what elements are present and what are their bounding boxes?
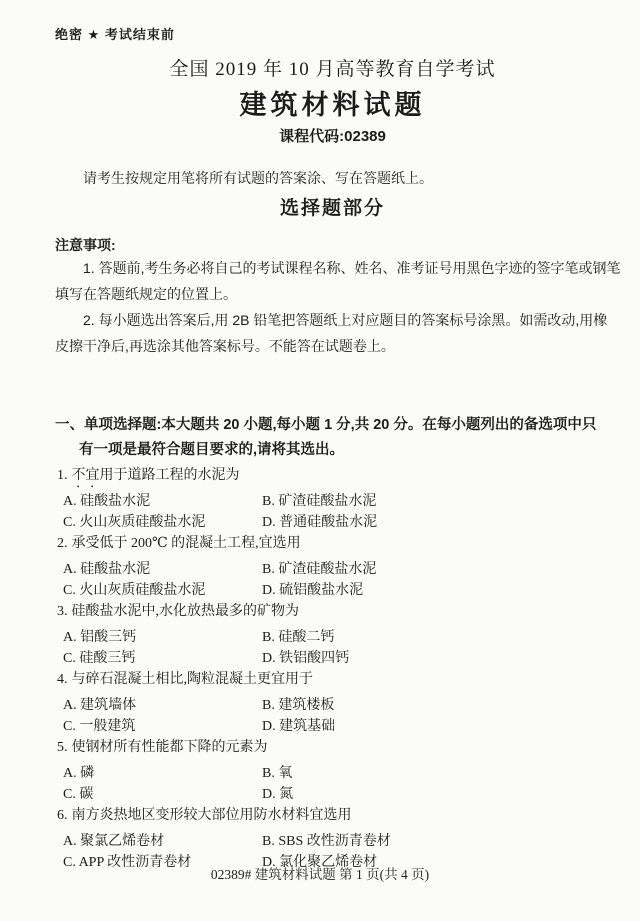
note-1-line-1: 1. 答题前,考生务必将自己的考试课程名称、姓名、准考证号用黑色字迹的签字笔或钢… [55, 255, 610, 281]
notes-heading: 注意事项: [55, 235, 610, 255]
question-1-options: A. 硅酸盐水泥 B. 矿渣硅酸盐水泥 C. 火山灰质硅酸盐水泥 D. 普通硅酸… [63, 491, 610, 533]
option-c: C. 硅酸三钙 [63, 648, 262, 669]
option-c: C. 一般建筑 [63, 716, 262, 737]
question-5: 5.使钢材所有性能都下降的元素为 A. 磷 B. 氧 C. 碳 D. 氮 [55, 737, 610, 805]
note-2-line-2: 皮擦干净后,再选涂其他答案标号。不能答在试题卷上。 [55, 333, 610, 359]
question-text: 硅酸盐水泥中,水化放热最多的矿物为 [72, 604, 300, 619]
option-b: B. 建筑楼板 [262, 695, 610, 716]
question-5-options: A. 磷 B. 氧 C. 碳 D. 氮 [63, 763, 610, 805]
question-1: 1.不宜用于道路工程的水泥为 A. 硅酸盐水泥 B. 矿渣硅酸盐水泥 C. 火山… [55, 465, 610, 533]
question-6: 6.南方炎热地区变形较大部位用防水材料宜选用 A. 聚氯乙烯卷材 B. SBS … [55, 805, 610, 873]
page-footer: 02389# 建筑材料试题 第 1 页(共 4 页) [0, 866, 640, 884]
question-text: 用于道路工程的水泥为 [100, 468, 240, 483]
question-1-stem: 1.不宜用于道路工程的水泥为 [57, 465, 610, 491]
option-c: C. 火山灰质硅酸盐水泥 [63, 512, 262, 533]
question-6-stem: 6.南方炎热地区变形较大部位用防水材料宜选用 [57, 805, 610, 831]
exam-paper-page: 绝密 ★ 考试结束前 全国 2019 年 10 月高等教育自学考试 建筑材料试题… [0, 0, 640, 921]
option-d: D. 建筑基础 [262, 716, 610, 737]
option-a: A. 铝酸三钙 [63, 627, 262, 648]
question-2-options: A. 硅酸盐水泥 B. 矿渣硅酸盐水泥 C. 火山灰质硅酸盐水泥 D. 硫铝酸盐… [63, 559, 610, 601]
note-2-line-1: 2. 每小题选出答案后,用 2B 铅笔把答题纸上对应题目的答案标号涂黑。如需改动… [55, 307, 610, 333]
section-one-heading: 一、单项选择题:本大题共 20 小题,每小题 1 分,共 20 分。在每小题列出… [55, 413, 610, 463]
option-c: C. 火山灰质硅酸盐水泥 [63, 580, 262, 601]
question-list: 1.不宜用于道路工程的水泥为 A. 硅酸盐水泥 B. 矿渣硅酸盐水泥 C. 火山… [55, 465, 610, 873]
course-code: 课程代码:02389 [55, 126, 610, 148]
paper-title: 建筑材料试题 [55, 86, 610, 124]
option-a: A. 建筑墙体 [63, 695, 262, 716]
option-d: D. 普通硅酸盐水泥 [262, 512, 610, 533]
question-text: 与碎石混凝土相比,陶粒混凝土更宜用于 [72, 672, 314, 687]
question-text-emphasized: 不宜 [72, 468, 100, 483]
question-3: 3.硅酸盐水泥中,水化放热最多的矿物为 A. 铝酸三钙 B. 硅酸二钙 C. 硅… [55, 601, 610, 669]
question-3-stem: 3.硅酸盐水泥中,水化放热最多的矿物为 [57, 601, 610, 627]
question-5-stem: 5.使钢材所有性能都下降的元素为 [57, 737, 610, 763]
note-1-line-2: 填写在答题纸规定的位置上。 [55, 281, 610, 307]
option-b: B. SBS 改性沥青卷材 [262, 831, 610, 852]
option-a: A. 磷 [63, 763, 262, 784]
exam-title: 全国 2019 年 10 月高等教育自学考试 [55, 56, 610, 84]
question-2: 2.承受低于 200℃ 的混凝土工程,宜选用 A. 硅酸盐水泥 B. 矿渣硅酸盐… [55, 533, 610, 601]
question-number: 4. [57, 672, 68, 687]
question-text: 承受低于 200℃ 的混凝土工程,宜选用 [72, 536, 301, 551]
option-b: B. 矿渣硅酸盐水泥 [262, 491, 610, 512]
option-b: B. 硅酸二钙 [262, 627, 610, 648]
option-b: B. 矿渣硅酸盐水泥 [262, 559, 610, 580]
question-number: 3. [57, 604, 68, 619]
question-4-options: A. 建筑墙体 B. 建筑楼板 C. 一般建筑 D. 建筑基础 [63, 695, 610, 737]
question-4: 4.与碎石混凝土相比,陶粒混凝土更宜用于 A. 建筑墙体 B. 建筑楼板 C. … [55, 669, 610, 737]
question-number: 1. [57, 468, 68, 483]
option-d: D. 铁铝酸四钙 [262, 648, 610, 669]
question-text: 南方炎热地区变形较大部位用防水材料宜选用 [72, 808, 352, 823]
option-b: B. 氧 [262, 763, 610, 784]
option-a: A. 硅酸盐水泥 [63, 559, 262, 580]
option-c: C. 碳 [63, 784, 262, 805]
secrecy-marking: 绝密 ★ 考试结束前 [55, 26, 610, 44]
question-4-stem: 4.与碎石混凝土相比,陶粒混凝土更宜用于 [57, 669, 610, 695]
option-d: D. 硫铝酸盐水泥 [262, 580, 610, 601]
question-number: 6. [57, 808, 68, 823]
section-one-heading-line-2: 有一项是最符合题目要求的,请将其选出。 [79, 438, 610, 463]
option-a: A. 硅酸盐水泥 [63, 491, 262, 512]
question-number: 2. [57, 536, 68, 551]
option-d: D. 氮 [262, 784, 610, 805]
question-text: 使钢材所有性能都下降的元素为 [72, 740, 268, 755]
answer-sheet-instruction: 请考生按规定用笔将所有试题的答案涂、写在答题纸上。 [55, 168, 610, 188]
option-a: A. 聚氯乙烯卷材 [63, 831, 262, 852]
section-one-heading-line-1: 一、单项选择题:本大题共 20 小题,每小题 1 分,共 20 分。在每小题列出… [55, 413, 610, 438]
multiple-choice-part-title: 选择题部分 [55, 194, 610, 224]
question-number: 5. [57, 740, 68, 755]
question-2-stem: 2.承受低于 200℃ 的混凝土工程,宜选用 [57, 533, 610, 559]
question-3-options: A. 铝酸三钙 B. 硅酸二钙 C. 硅酸三钙 D. 铁铝酸四钙 [63, 627, 610, 669]
